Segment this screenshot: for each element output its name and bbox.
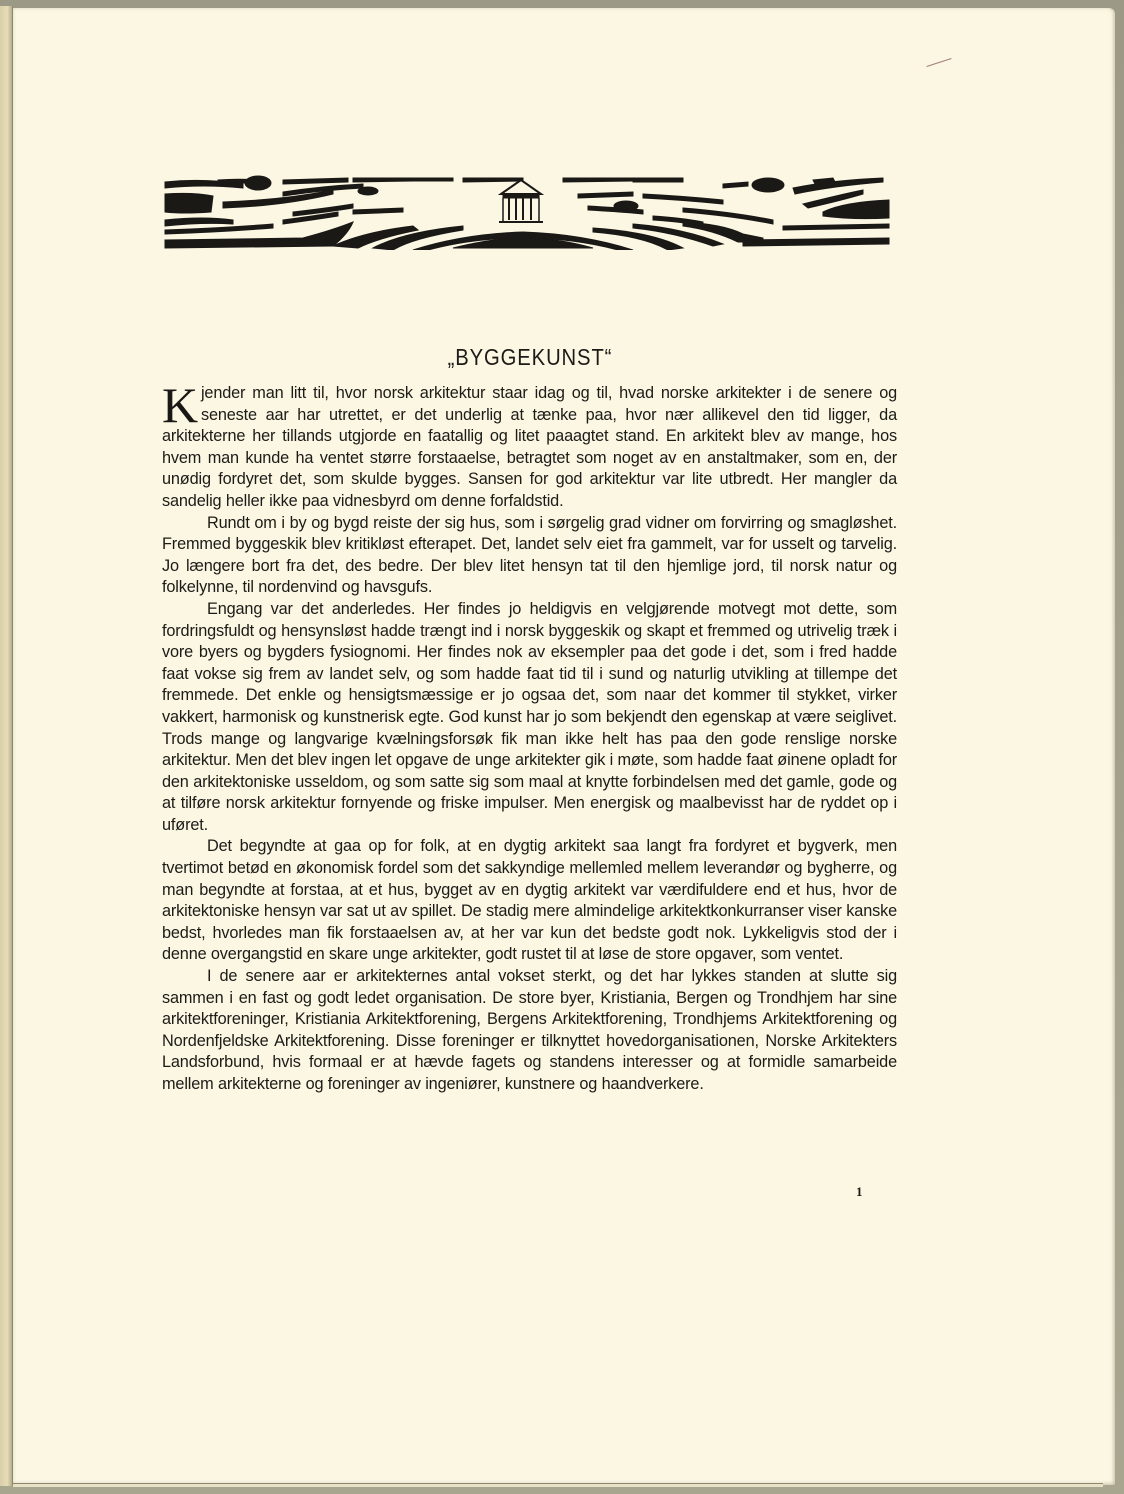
paragraph-1: Kjender man litt til, hvor norsk arkitek… [162,383,897,513]
article-title: „BYGGEKUNST“ [196,344,865,371]
paragraph-4: Det begyndte at gaa op for folk, at en d… [162,836,897,966]
paragraph-5: I de senere aar er arkitekternes antal v… [162,966,897,1096]
article-body: Kjender man litt til, hvor norsk arkitek… [162,383,897,1096]
paragraph-2: Rundt om i by og bygd reiste der sig hus… [162,513,897,599]
page-number: 1 [856,1184,863,1200]
paragraph-1-text: jender man litt til, hvor norsk arkitekt… [162,384,897,510]
page-bottom-edge [13,1483,1103,1487]
paragraph-3: Engang var det anderledes. Her findes jo… [162,599,897,837]
binding-edge [0,6,13,1486]
drop-cap: K [162,385,198,425]
temple-vignette-icon [163,172,891,250]
